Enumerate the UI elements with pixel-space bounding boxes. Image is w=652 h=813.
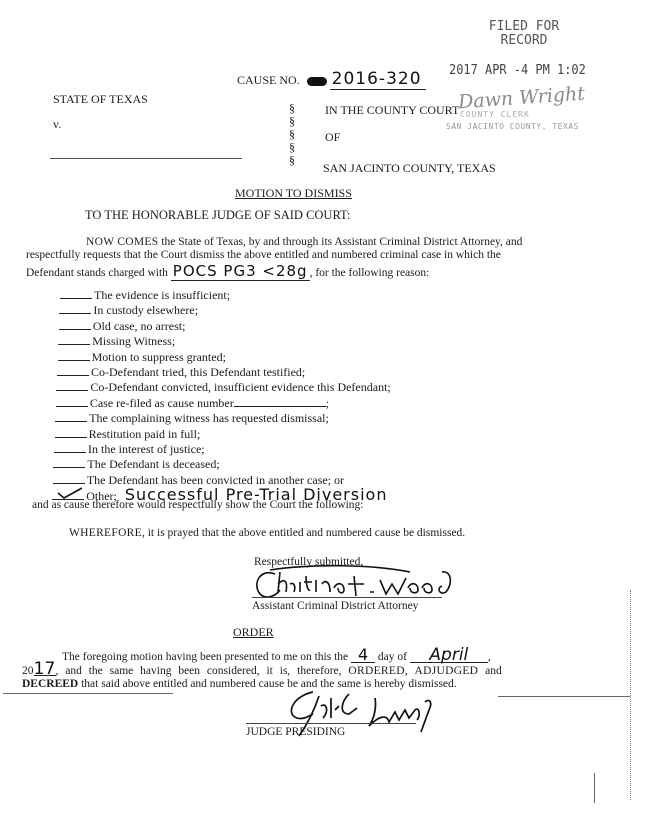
reason-checkbox[interactable] <box>55 426 87 438</box>
reason-item: Co-Defendant tried, this Defendant testi… <box>57 364 391 379</box>
reason-checkbox[interactable] <box>58 333 90 345</box>
reason-label: In the interest of justice; <box>88 442 205 456</box>
page-mark-line <box>594 773 595 803</box>
reason-item: In custody elsewhere; <box>59 302 390 317</box>
wherefore-line: WHEREFORE, it is prayed that the above e… <box>69 527 465 539</box>
filed-stamp-line1: FILED FOR <box>484 20 564 34</box>
reason-item: Old case, no arrest; <box>59 318 391 333</box>
cause-line: and as cause therefore would respectfull… <box>32 499 364 511</box>
reason-label: Case re-filed as cause number <box>90 396 234 410</box>
order-divider-left <box>3 693 173 694</box>
charge-handwritten: POCS PG3 <28g <box>171 262 310 281</box>
redaction-mark <box>307 77 327 86</box>
reason-item: Missing Witness; <box>58 333 391 348</box>
order-divider-right <box>498 696 630 697</box>
defendant-name-line-redacted <box>50 158 242 159</box>
order-month: April <box>410 648 488 663</box>
court-name-line3: SAN JACINTO COUNTY, TEXAS <box>323 161 496 176</box>
attorney-title: Assistant Criminal District Attorney <box>252 600 418 612</box>
reason-label: The Defendant is deceased; <box>87 457 219 471</box>
order-line2: 2017, and the same having been considere… <box>22 663 502 677</box>
judge-title: JUDGE PRESIDING <box>246 726 345 738</box>
judge-signature-line <box>246 723 416 724</box>
salutation: TO THE HONORABLE JUDGE OF SAID COURT: <box>85 208 351 223</box>
reason-label: In custody elsewhere; <box>93 303 198 317</box>
reasons-checklist: The evidence is insufficient;In custody … <box>60 287 391 502</box>
cause-number-row: CAUSE NO. 2016-320 <box>237 69 426 89</box>
court-name-line1: IN THE COUNTY COURT <box>325 103 459 118</box>
motion-title: MOTION TO DISMISS <box>235 186 352 201</box>
reason-item: In the interest of justice; <box>54 441 391 456</box>
reason-item: The Defendant is deceased; <box>53 456 390 471</box>
reason-item: Case re-filed as cause number; <box>56 395 391 410</box>
ordered-adjudged: ORDERED, ADJUDGED <box>348 665 478 677</box>
plaintiff: STATE OF TEXAS <box>53 92 148 107</box>
court-name-line2: OF <box>325 130 340 145</box>
reason-checkbox[interactable] <box>60 287 92 299</box>
page-edge-line <box>630 590 631 800</box>
reason-label: Restitution paid in full; <box>89 427 201 441</box>
reason-label: The complaining witness has requested di… <box>89 411 329 425</box>
section-marks: § § § § § <box>289 102 295 167</box>
reason-label: Co-Defendant tried, this Defendant testi… <box>91 365 305 379</box>
filed-datetime: 2017 APR -4 PM 1:02 <box>449 63 586 78</box>
cause-label: CAUSE NO. <box>237 73 300 87</box>
reason-checkbox[interactable] <box>53 472 85 484</box>
reason-item: Restitution paid in full; <box>55 426 391 441</box>
refiled-cause-number-blank[interactable] <box>234 406 326 407</box>
attorney-signature-line <box>252 597 442 598</box>
reason-checkbox[interactable] <box>56 395 88 407</box>
reason-label: Motion to suppress granted; <box>92 350 226 364</box>
reason-label: Old case, no arrest; <box>93 319 186 333</box>
reason-label: The evidence is insufficient; <box>94 288 230 302</box>
intro-line3: Defendant stands charged with POCS PG3 <… <box>26 262 429 280</box>
reason-checkbox[interactable] <box>56 379 88 391</box>
order-day: 4 <box>351 648 375 663</box>
versus: v. <box>53 117 61 132</box>
reason-checkbox[interactable] <box>53 456 85 468</box>
clerk-signature: Dawn Wright <box>457 83 585 114</box>
checkmark-icon <box>56 486 84 500</box>
clerk-county: SAN JACINTO COUNTY, TEXAS <box>446 122 579 131</box>
reason-checkbox[interactable] <box>54 441 86 453</box>
reason-checkbox[interactable] <box>59 302 91 314</box>
reason-item: Motion to suppress granted; <box>58 349 391 364</box>
reason-item: The evidence is insufficient; <box>60 287 391 302</box>
intro-bold: NOW COMES <box>86 236 158 248</box>
intro-line2: respectfully requests that the Court dis… <box>26 249 501 261</box>
cause-number-handwritten: 2016-320 <box>330 69 426 90</box>
filed-stamp-line2: RECORD <box>484 34 564 48</box>
reason-checkbox[interactable] <box>55 410 87 422</box>
decreed: DECREED <box>22 678 78 690</box>
order-title: ORDER <box>233 625 274 640</box>
reason-checkbox[interactable] <box>59 318 91 330</box>
reason-checkbox[interactable] <box>57 364 89 376</box>
reason-item: The complaining witness has requested di… <box>55 410 391 425</box>
reason-checkbox[interactable] <box>58 349 90 361</box>
reason-item: Co-Defendant convicted, insufficient evi… <box>56 379 390 394</box>
order-line1: The foregoing motion having been present… <box>62 648 491 663</box>
reason-label: Missing Witness; <box>92 334 175 348</box>
clerk-title: COUNTY CLERK <box>460 110 530 119</box>
reason-label: Co-Defendant convicted, insufficient evi… <box>90 380 390 394</box>
intro-line1: NOW COMES the State of Texas, by and thr… <box>86 236 522 248</box>
filed-stamp: FILED FOR RECORD <box>484 20 564 48</box>
wherefore-bold: WHEREFORE <box>69 527 142 539</box>
order-year: 17 <box>34 663 56 676</box>
